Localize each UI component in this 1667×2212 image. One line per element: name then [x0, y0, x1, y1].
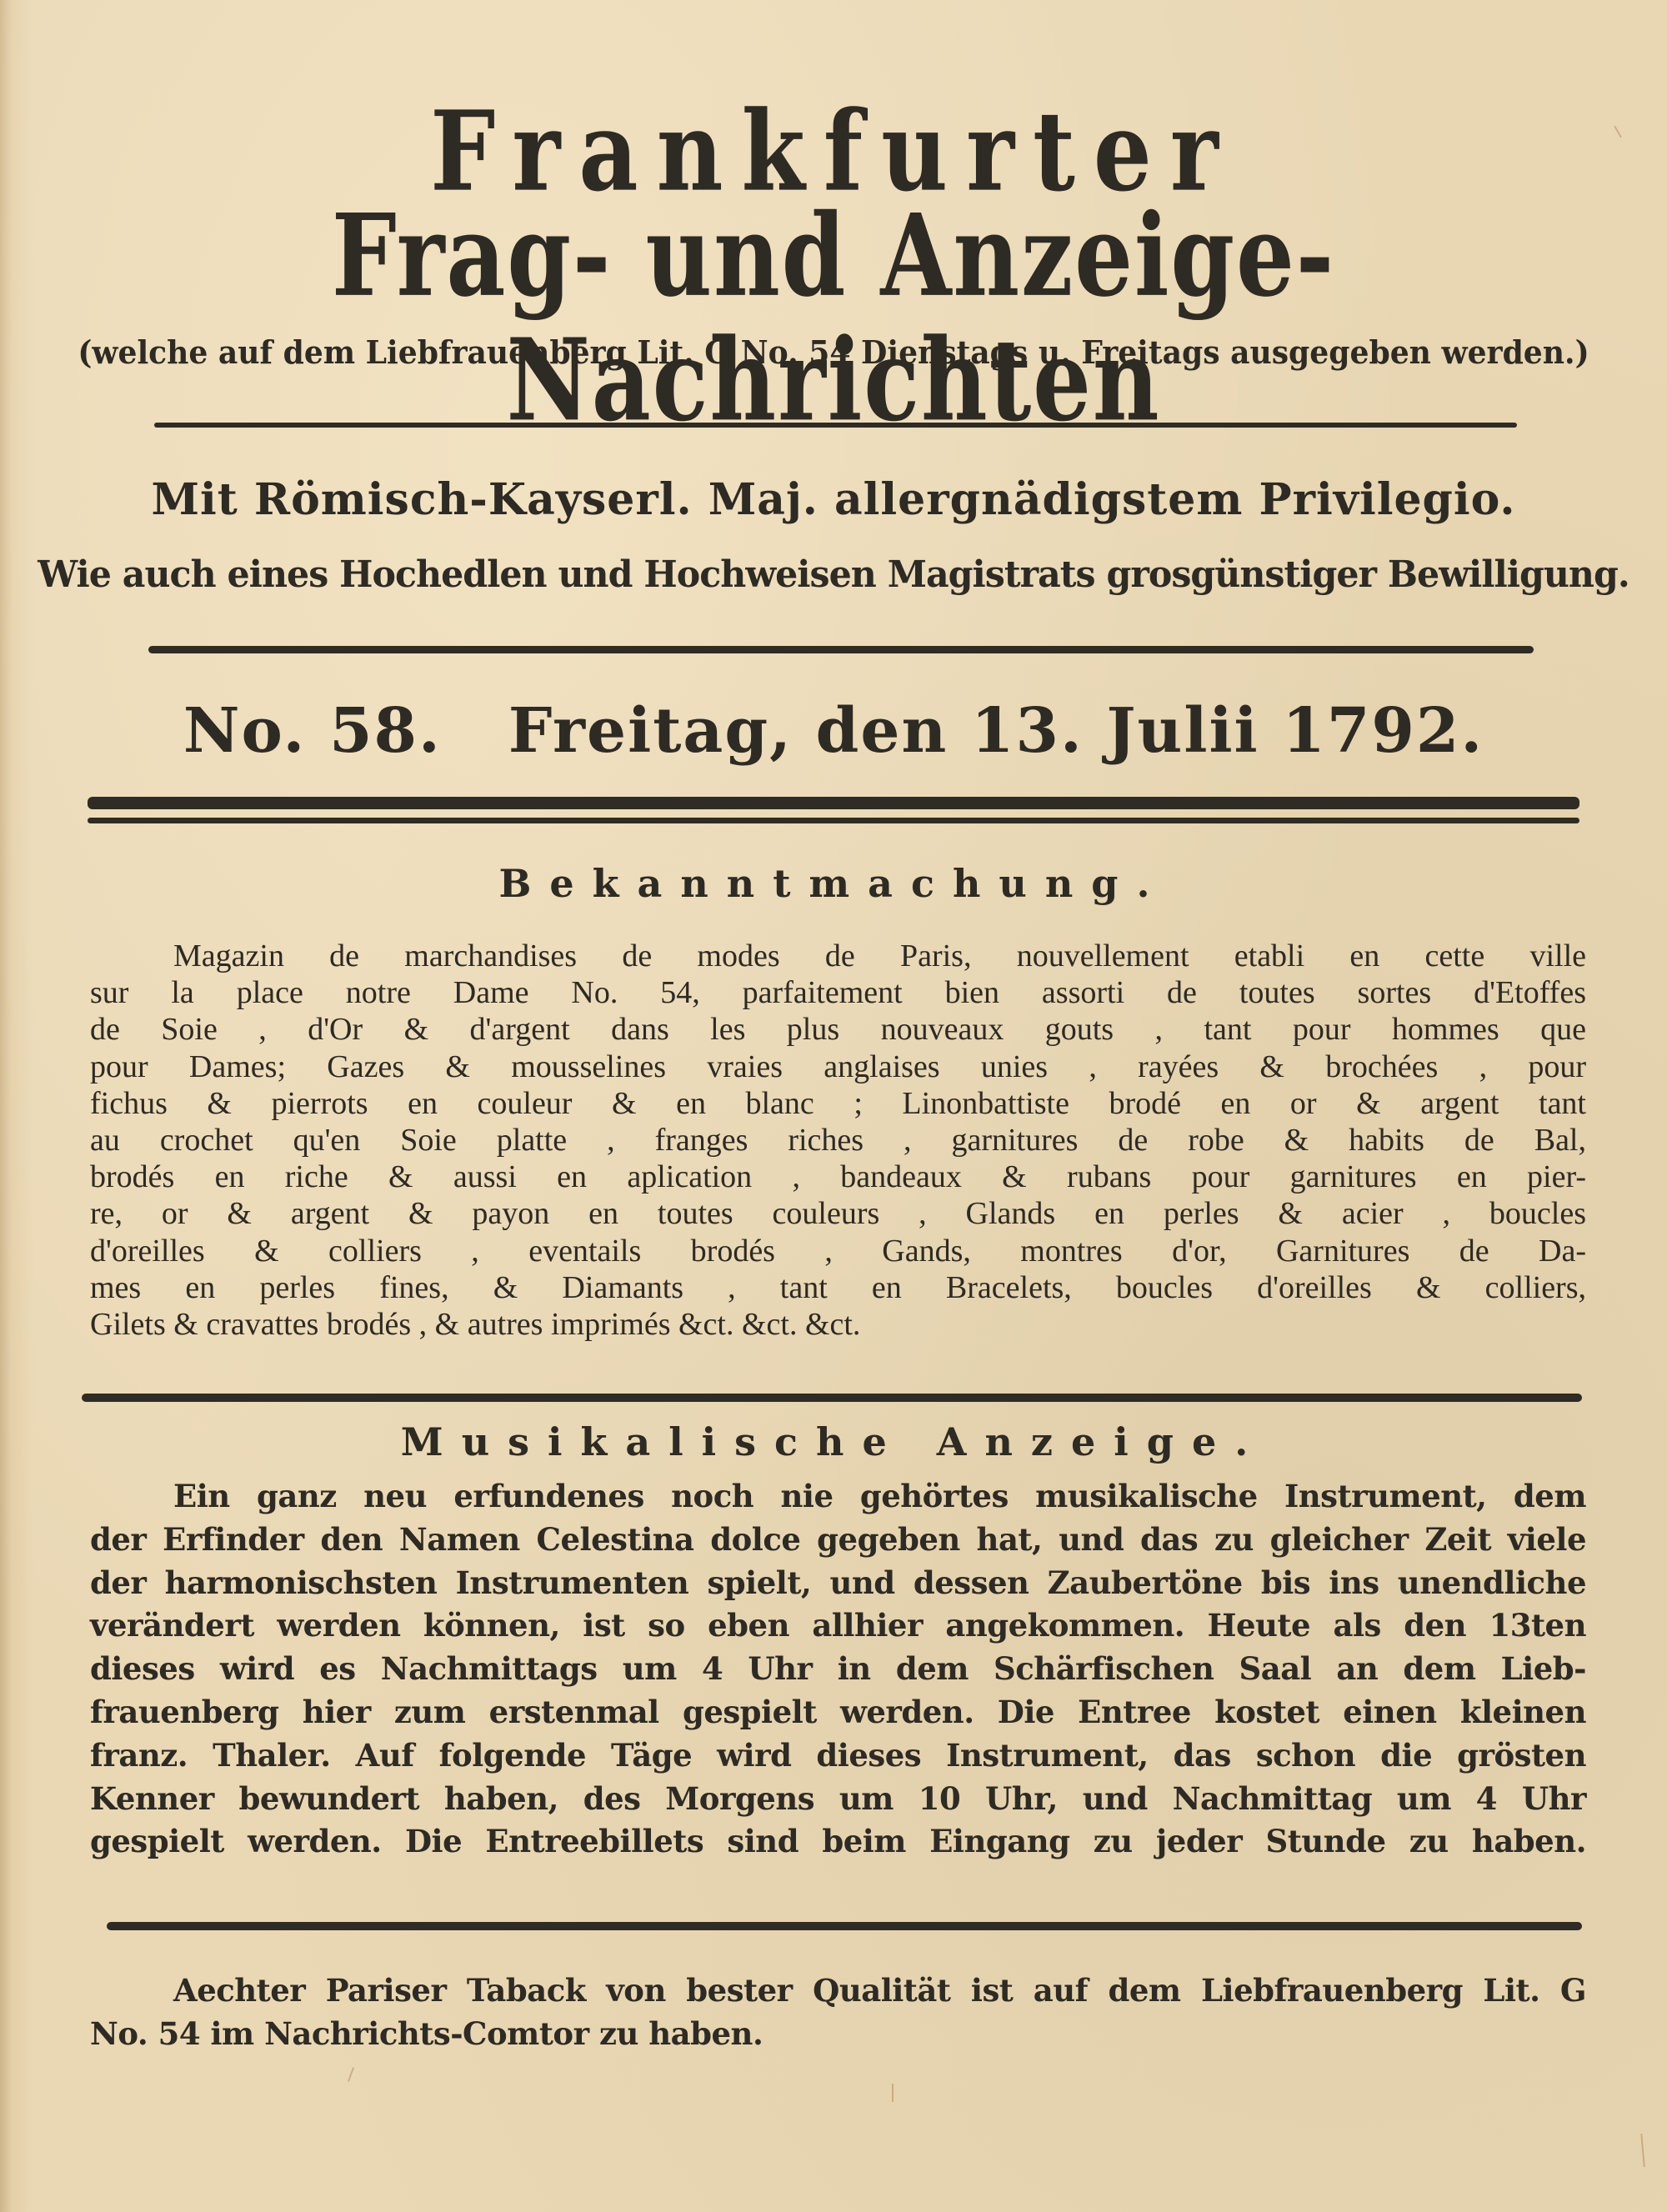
issue-date: Freitag, den 13. Julii 1792.	[508, 693, 1484, 768]
text-line: franz. Thaler. Auf folgende Täge wird di…	[90, 1734, 1586, 1778]
text-line: pour Dames; Gazes & mousselines vraies a…	[90, 1048, 1586, 1085]
issue-line: No. 58.Freitag, den 13. Julii 1792.	[0, 693, 1667, 768]
announcement-paragraph-french: Magazin de marchandises de modes de Pari…	[90, 938, 1586, 1343]
divider-rule	[148, 646, 1534, 653]
text-line: der harmonischsten Instrumenten spielt, …	[90, 1562, 1586, 1605]
privilege-line-2: Wie auch eines Hochedlen und Hochweisen …	[25, 550, 1642, 600]
text-line: Ein ganz neu erfundenes noch nie gehörte…	[90, 1475, 1586, 1519]
text-line: gespielt werden. Die Entreebillets sind …	[90, 1820, 1586, 1864]
music-announcement-paragraph: Ein ganz neu erfundenes noch nie gehörte…	[90, 1475, 1586, 1864]
text-line: re, or & argent & payon en toutes couleu…	[90, 1195, 1586, 1232]
divider-rule	[154, 423, 1517, 428]
issue-number: No. 58.	[183, 693, 442, 768]
privilege-line-1: Mit Römisch-Kayserl. Maj. allergnädigste…	[0, 473, 1667, 527]
masthead-title: Frag- und Anzeige-Nachrichten	[58, 193, 1609, 443]
newspaper-page: Frankfurter Frag- und Anzeige-Nachrichte…	[0, 0, 1667, 2212]
double-rule-thin	[88, 818, 1579, 823]
text-line: frauenberg hier zum erstenmal gespielt w…	[90, 1691, 1586, 1734]
divider-rule	[107, 1922, 1582, 1930]
text-line: No. 54 im Nachrichts-Comtor zu haben.	[90, 2012, 1586, 2055]
double-rule-thick	[88, 797, 1579, 809]
text-line: de Soie , d'Or & d'argent dans les plus …	[90, 1011, 1586, 1048]
text-line: brodés en riche & aussi en aplication , …	[90, 1159, 1586, 1195]
text-line: Magazin de marchandises de modes de Pari…	[90, 938, 1586, 974]
tobacco-notice-paragraph: Aechter Pariser Taback von bester Qualit…	[90, 1969, 1586, 2055]
text-line: Aechter Pariser Taback von bester Qualit…	[90, 1969, 1586, 2012]
text-line: au crochet qu'en Soie platte , franges r…	[90, 1122, 1586, 1159]
text-line: der Erfinder den Namen Celestina dolce g…	[90, 1519, 1586, 1562]
text-line: sur la place notre Dame No. 54, parfaite…	[90, 974, 1586, 1011]
paper-fiber	[1640, 2134, 1644, 2167]
text-line: d'oreilles & colliers , eventails brodés…	[90, 1233, 1586, 1269]
section-heading-musikalische-anzeige: Musikalische Anzeige.	[0, 1417, 1667, 1467]
divider-rule	[82, 1394, 1582, 1402]
text-line: fichus & pierrots en couleur & en blanc …	[90, 1085, 1586, 1122]
paper-fiber	[348, 2067, 354, 2082]
paper-fiber	[892, 2084, 894, 2102]
text-line: mes en perles fines, & Diamants , tant e…	[90, 1269, 1586, 1306]
text-line: dieses wird es Nachmittags um 4 Uhr in d…	[90, 1648, 1586, 1691]
text-line: Kenner bewundert haben, des Morgens um 1…	[90, 1778, 1586, 1821]
masthead-subtitle: (welche auf dem Liebfrauenberg Lit. G No…	[42, 332, 1625, 373]
text-line: Gilets & cravattes brodés , & autres imp…	[90, 1306, 1586, 1343]
section-heading-bekanntmachung: Bekanntmachung.	[0, 858, 1667, 908]
text-line: verändert werden können, ist so eben all…	[90, 1604, 1586, 1648]
